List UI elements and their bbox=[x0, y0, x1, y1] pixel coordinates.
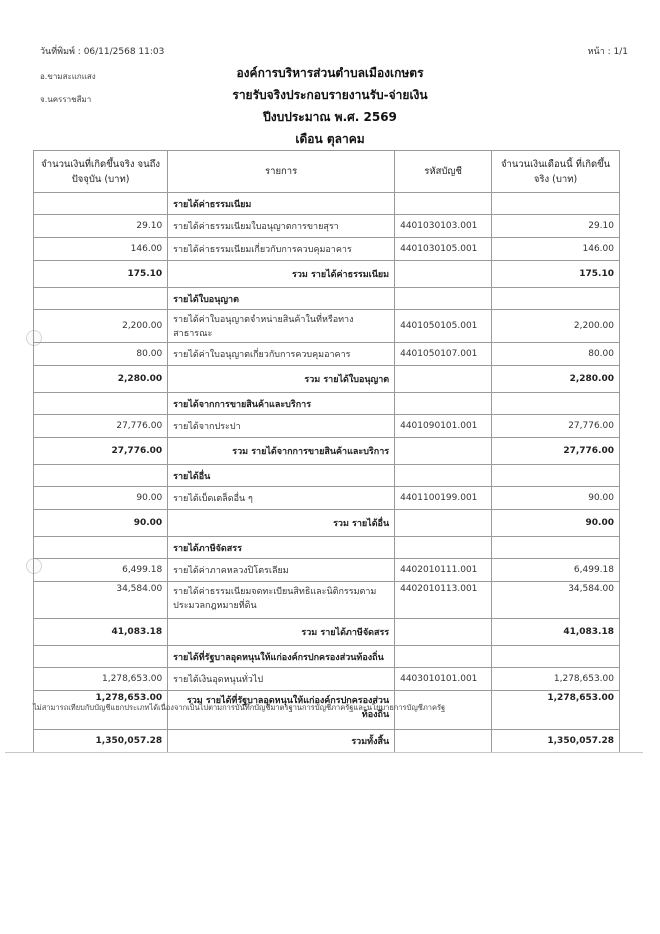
cumulative-amount: 6,499.18 bbox=[34, 559, 168, 582]
account-code bbox=[395, 619, 492, 646]
month-amount: 90.00 bbox=[492, 487, 620, 510]
month-amount bbox=[492, 193, 620, 215]
month-amount: 2,280.00 bbox=[492, 366, 620, 393]
fiscal-year: ปีงบประมาณ พ.ศ. 2569 bbox=[0, 106, 660, 128]
table-row: 146.00รายได้ค่าธรรมเนียมเกี่ยวกับการควบค… bbox=[34, 238, 620, 261]
month-amount: 90.00 bbox=[492, 510, 620, 537]
item-label: รายได้ค่าธรรมเนียมจดทะเบียนสิทธิและนิติก… bbox=[168, 582, 395, 619]
table-subtotal-row: 175.10รวม รายได้ค่าธรรมเนียม175.10 bbox=[34, 261, 620, 288]
item-label: รายได้ใบอนุญาต bbox=[168, 288, 395, 310]
table-row: 1,278,653.00รายได้เงินอุดหนุนทั่วไป44030… bbox=[34, 668, 620, 691]
cumulative-amount: 175.10 bbox=[34, 261, 168, 288]
account-code bbox=[395, 393, 492, 415]
cumulative-amount: 27,776.00 bbox=[34, 438, 168, 465]
month-amount bbox=[492, 288, 620, 310]
item-label: รวม รายได้ใบอนุญาต bbox=[168, 366, 395, 393]
table-row: 90.00รายได้เบ็ดเตล็ดอื่น ๆ4401100199.001… bbox=[34, 487, 620, 510]
cumulative-amount: 2,200.00 bbox=[34, 310, 168, 343]
cumulative-amount bbox=[34, 646, 168, 668]
month-amount: 6,499.18 bbox=[492, 559, 620, 582]
item-label: รวม รายได้ภาษีจัดสรร bbox=[168, 619, 395, 646]
cumulative-amount: 90.00 bbox=[34, 487, 168, 510]
table-group-row: รายได้ภาษีจัดสรร bbox=[34, 537, 620, 559]
cumulative-amount: 1,278,653.00 bbox=[34, 668, 168, 691]
cumulative-amount bbox=[34, 288, 168, 310]
item-label: รวมทั้งสิ้น bbox=[168, 730, 395, 753]
month-amount: 175.10 bbox=[492, 261, 620, 288]
org-name: องค์การบริหารส่วนตำบลเมืองเกษตร bbox=[0, 62, 660, 84]
table-row: 6,499.18รายได้ค่าภาคหลวงปิโตรเลียม440201… bbox=[34, 559, 620, 582]
cumulative-amount bbox=[34, 465, 168, 487]
account-code bbox=[395, 193, 492, 215]
table-subtotal-row: 90.00รวม รายได้อื่น90.00 bbox=[34, 510, 620, 537]
report-title: รายรับจริงประกอบรายงานรับ-จ่ายเงิน bbox=[0, 84, 660, 106]
account-code bbox=[395, 438, 492, 465]
item-label: รายได้ค่าใบอนุญาตเกี่ยวกับการควบคุมอาคาร bbox=[168, 343, 395, 366]
cumulative-amount: 27,776.00 bbox=[34, 415, 168, 438]
account-code bbox=[395, 288, 492, 310]
item-label: รายได้เงินอุดหนุนทั่วไป bbox=[168, 668, 395, 691]
item-label: รายได้ค่าธรรมเนียม bbox=[168, 193, 395, 215]
account-code: 4401030105.001 bbox=[395, 238, 492, 261]
cumulative-amount: 1,350,057.28 bbox=[34, 730, 168, 753]
month-amount: 27,776.00 bbox=[492, 415, 620, 438]
account-code: 4401090101.001 bbox=[395, 415, 492, 438]
table-group-row: รายได้ใบอนุญาต bbox=[34, 288, 620, 310]
table-subtotal-row: 27,776.00รวม รายได้จากการขายสินค้าและบริ… bbox=[34, 438, 620, 465]
print-date: วันที่พิมพ์ : 06/11/2568 11:03 bbox=[40, 44, 164, 58]
item-label: รายได้ที่รัฐบาลอุดหนุนให้แก่องค์กรปกครอง… bbox=[168, 646, 395, 668]
item-label: รายได้เบ็ดเตล็ดอื่น ๆ bbox=[168, 487, 395, 510]
account-code: 4402010111.001 bbox=[395, 559, 492, 582]
account-code bbox=[395, 730, 492, 753]
month-amount: 27,776.00 bbox=[492, 438, 620, 465]
table-group-row: รายได้จากการขายสินค้าและบริการ bbox=[34, 393, 620, 415]
item-label: รายได้ค่าธรรมเนียมเกี่ยวกับการควบคุมอาคา… bbox=[168, 238, 395, 261]
cumulative-amount bbox=[34, 193, 168, 215]
col-month-header: จำนวนเงินเดือนนี้ ที่เกิดขึ้นจริง (บาท) bbox=[492, 151, 620, 193]
account-code: 4401050105.001 bbox=[395, 310, 492, 343]
cumulative-amount: 41,083.18 bbox=[34, 619, 168, 646]
item-label: รายได้อื่น bbox=[168, 465, 395, 487]
item-label: รายได้ค่าธรรมเนียมใบอนุญาตการขายสุรา bbox=[168, 215, 395, 238]
item-label: รายได้จากประปา bbox=[168, 415, 395, 438]
item-label: รายได้ค่าใบอนุญาตจำหน่ายสินค้าในที่หรือท… bbox=[168, 310, 395, 343]
cumulative-amount bbox=[34, 537, 168, 559]
col-cumulative-header: จำนวนเงินที่เกิดขึ้นจริง จนถึงปัจจุบัน (… bbox=[34, 151, 168, 193]
month-amount: 1,278,653.00 bbox=[492, 668, 620, 691]
table-row: 27,776.00รายได้จากประปา4401090101.00127,… bbox=[34, 415, 620, 438]
month-amount bbox=[492, 465, 620, 487]
account-code bbox=[395, 261, 492, 288]
table-subtotal-row: 2,280.00รวม รายได้ใบอนุญาต2,280.00 bbox=[34, 366, 620, 393]
page-number: หน้า : 1/1 bbox=[588, 44, 628, 58]
account-code: 4401030103.001 bbox=[395, 215, 492, 238]
report-month: เดือน ตุลาคม bbox=[0, 128, 660, 150]
month-amount bbox=[492, 393, 620, 415]
table-row: 29.10รายได้ค่าธรรมเนียมใบอนุญาตการขายสุร… bbox=[34, 215, 620, 238]
item-label: รายได้จากการขายสินค้าและบริการ bbox=[168, 393, 395, 415]
account-code: 4401050107.001 bbox=[395, 343, 492, 366]
table-body: รายได้ค่าธรรมเนียม29.10รายได้ค่าธรรมเนีย… bbox=[34, 193, 620, 753]
item-label: รวม รายได้จากการขายสินค้าและบริการ bbox=[168, 438, 395, 465]
table-group-row: รายได้ค่าธรรมเนียม bbox=[34, 193, 620, 215]
account-code: 4403010101.001 bbox=[395, 668, 492, 691]
cumulative-amount: 34,584.00 bbox=[34, 582, 168, 619]
item-label: รายได้ภาษีจัดสรร bbox=[168, 537, 395, 559]
report-heading: องค์การบริหารส่วนตำบลเมืองเกษตร รายรับจร… bbox=[0, 62, 660, 150]
account-code bbox=[395, 465, 492, 487]
month-amount bbox=[492, 646, 620, 668]
divider bbox=[5, 752, 643, 753]
table-header-row: จำนวนเงินที่เกิดขึ้นจริง จนถึงปัจจุบัน (… bbox=[34, 151, 620, 193]
account-code bbox=[395, 510, 492, 537]
account-code: 4401100199.001 bbox=[395, 487, 492, 510]
item-label: รวม รายได้ค่าธรรมเนียม bbox=[168, 261, 395, 288]
table-group-row: รายได้ที่รัฐบาลอุดหนุนให้แก่องค์กรปกครอง… bbox=[34, 646, 620, 668]
month-amount: 1,278,653.00 bbox=[492, 691, 620, 730]
account-code bbox=[395, 366, 492, 393]
cumulative-amount: 29.10 bbox=[34, 215, 168, 238]
table-row: 34,584.00รายได้ค่าธรรมเนียมจดทะเบียนสิทธ… bbox=[34, 582, 620, 619]
account-code: 4402010113.001 bbox=[395, 582, 492, 619]
table-subtotal-row: 41,083.18รวม รายได้ภาษีจัดสรร41,083.18 bbox=[34, 619, 620, 646]
cumulative-amount: 2,280.00 bbox=[34, 366, 168, 393]
col-item-header: รายการ bbox=[168, 151, 395, 193]
cumulative-amount: 90.00 bbox=[34, 510, 168, 537]
cumulative-amount: 146.00 bbox=[34, 238, 168, 261]
month-amount bbox=[492, 537, 620, 559]
table-row: 2,200.00รายได้ค่าใบอนุญาตจำหน่ายสินค้าใน… bbox=[34, 310, 620, 343]
month-amount: 29.10 bbox=[492, 215, 620, 238]
cumulative-amount bbox=[34, 393, 168, 415]
month-amount: 1,350,057.28 bbox=[492, 730, 620, 753]
col-code-header: รหัสบัญชี bbox=[395, 151, 492, 193]
month-amount: 34,584.00 bbox=[492, 582, 620, 619]
month-amount: 41,083.18 bbox=[492, 619, 620, 646]
cumulative-amount: 80.00 bbox=[34, 343, 168, 366]
footnote: ไม่สามารถเทียบกับบัญชีแยกประเภทได้เนื่อง… bbox=[33, 702, 445, 714]
item-label: รวม รายได้อื่น bbox=[168, 510, 395, 537]
table-grand-total-row: 1,350,057.28รวมทั้งสิ้น1,350,057.28 bbox=[34, 730, 620, 753]
month-amount: 146.00 bbox=[492, 238, 620, 261]
month-amount: 2,200.00 bbox=[492, 310, 620, 343]
table-row: 80.00รายได้ค่าใบอนุญาตเกี่ยวกับการควบคุม… bbox=[34, 343, 620, 366]
revenue-table: จำนวนเงินที่เกิดขึ้นจริง จนถึงปัจจุบัน (… bbox=[33, 150, 620, 753]
month-amount: 80.00 bbox=[492, 343, 620, 366]
item-label: รายได้ค่าภาคหลวงปิโตรเลียม bbox=[168, 559, 395, 582]
account-code bbox=[395, 537, 492, 559]
table-group-row: รายได้อื่น bbox=[34, 465, 620, 487]
account-code bbox=[395, 646, 492, 668]
